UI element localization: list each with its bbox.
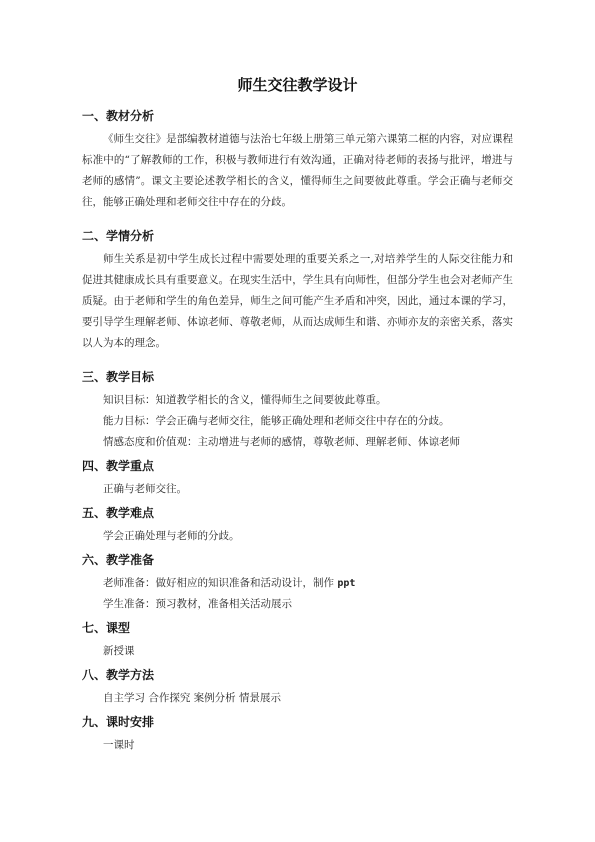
section-heading-class-hours: 九、课时安排: [82, 714, 513, 731]
document-page: 师生交往教学设计 一、教材分析 《师生交往》是部编教材道德与法治七年级上册第三单…: [0, 0, 595, 842]
section-heading-material-analysis: 一、教材分析: [82, 108, 513, 125]
section-heading-lesson-type: 七、课型: [82, 620, 513, 637]
teaching-difficulty-line: 学会正确处理与老师的分歧。: [82, 526, 513, 547]
ppt-label: ppt: [337, 578, 355, 589]
knowledge-objective-line: 知识目标：知道教学相长的含义，懂得师生之间要彼此尊重。: [82, 390, 513, 411]
class-hours-line: 一课时: [82, 735, 513, 756]
lesson-type-line: 新授课: [82, 641, 513, 662]
teaching-focus-line: 正确与老师交往。: [82, 479, 513, 500]
emotion-value-objective-line: 情感态度和价值观：主动增进与老师的感情，尊敬老师、理解老师、体谅老师: [82, 432, 513, 453]
section-heading-teaching-objectives: 三、教学目标: [82, 369, 513, 386]
student-preparation-line: 学生准备：预习教材，准备相关活动展示: [82, 594, 513, 615]
section-heading-learner-analysis: 二、学情分析: [82, 228, 513, 245]
section-heading-teaching-methods: 八、教学方法: [82, 667, 513, 684]
section-heading-teaching-preparation: 六、教学准备: [82, 552, 513, 569]
teaching-methods-line: 自主学习 合作探究 案例分析 情景展示: [82, 688, 513, 709]
document-title: 师生交往教学设计: [82, 74, 513, 96]
learner-analysis-paragraph: 师生关系是初中学生成长过程中需要处理的重要关系之一,对培养学生的人际交往能力和促…: [82, 249, 513, 354]
ability-objective-line: 能力目标：学会正确与老师交往，能够正确处理和老师交往中存在的分歧。: [82, 411, 513, 432]
section-heading-teaching-difficulty: 五、教学难点: [82, 505, 513, 522]
material-analysis-paragraph: 《师生交往》是部编教材道德与法治七年级上册第三单元第六课第二框的内容，对应课程标…: [82, 129, 513, 213]
teacher-preparation-line: 老师准备：做好相应的知识准备和活动设计，制作 ppt: [82, 573, 513, 594]
teacher-preparation-text: 老师准备：做好相应的知识准备和活动设计，制作: [103, 577, 337, 589]
section-heading-teaching-focus: 四、教学重点: [82, 458, 513, 475]
